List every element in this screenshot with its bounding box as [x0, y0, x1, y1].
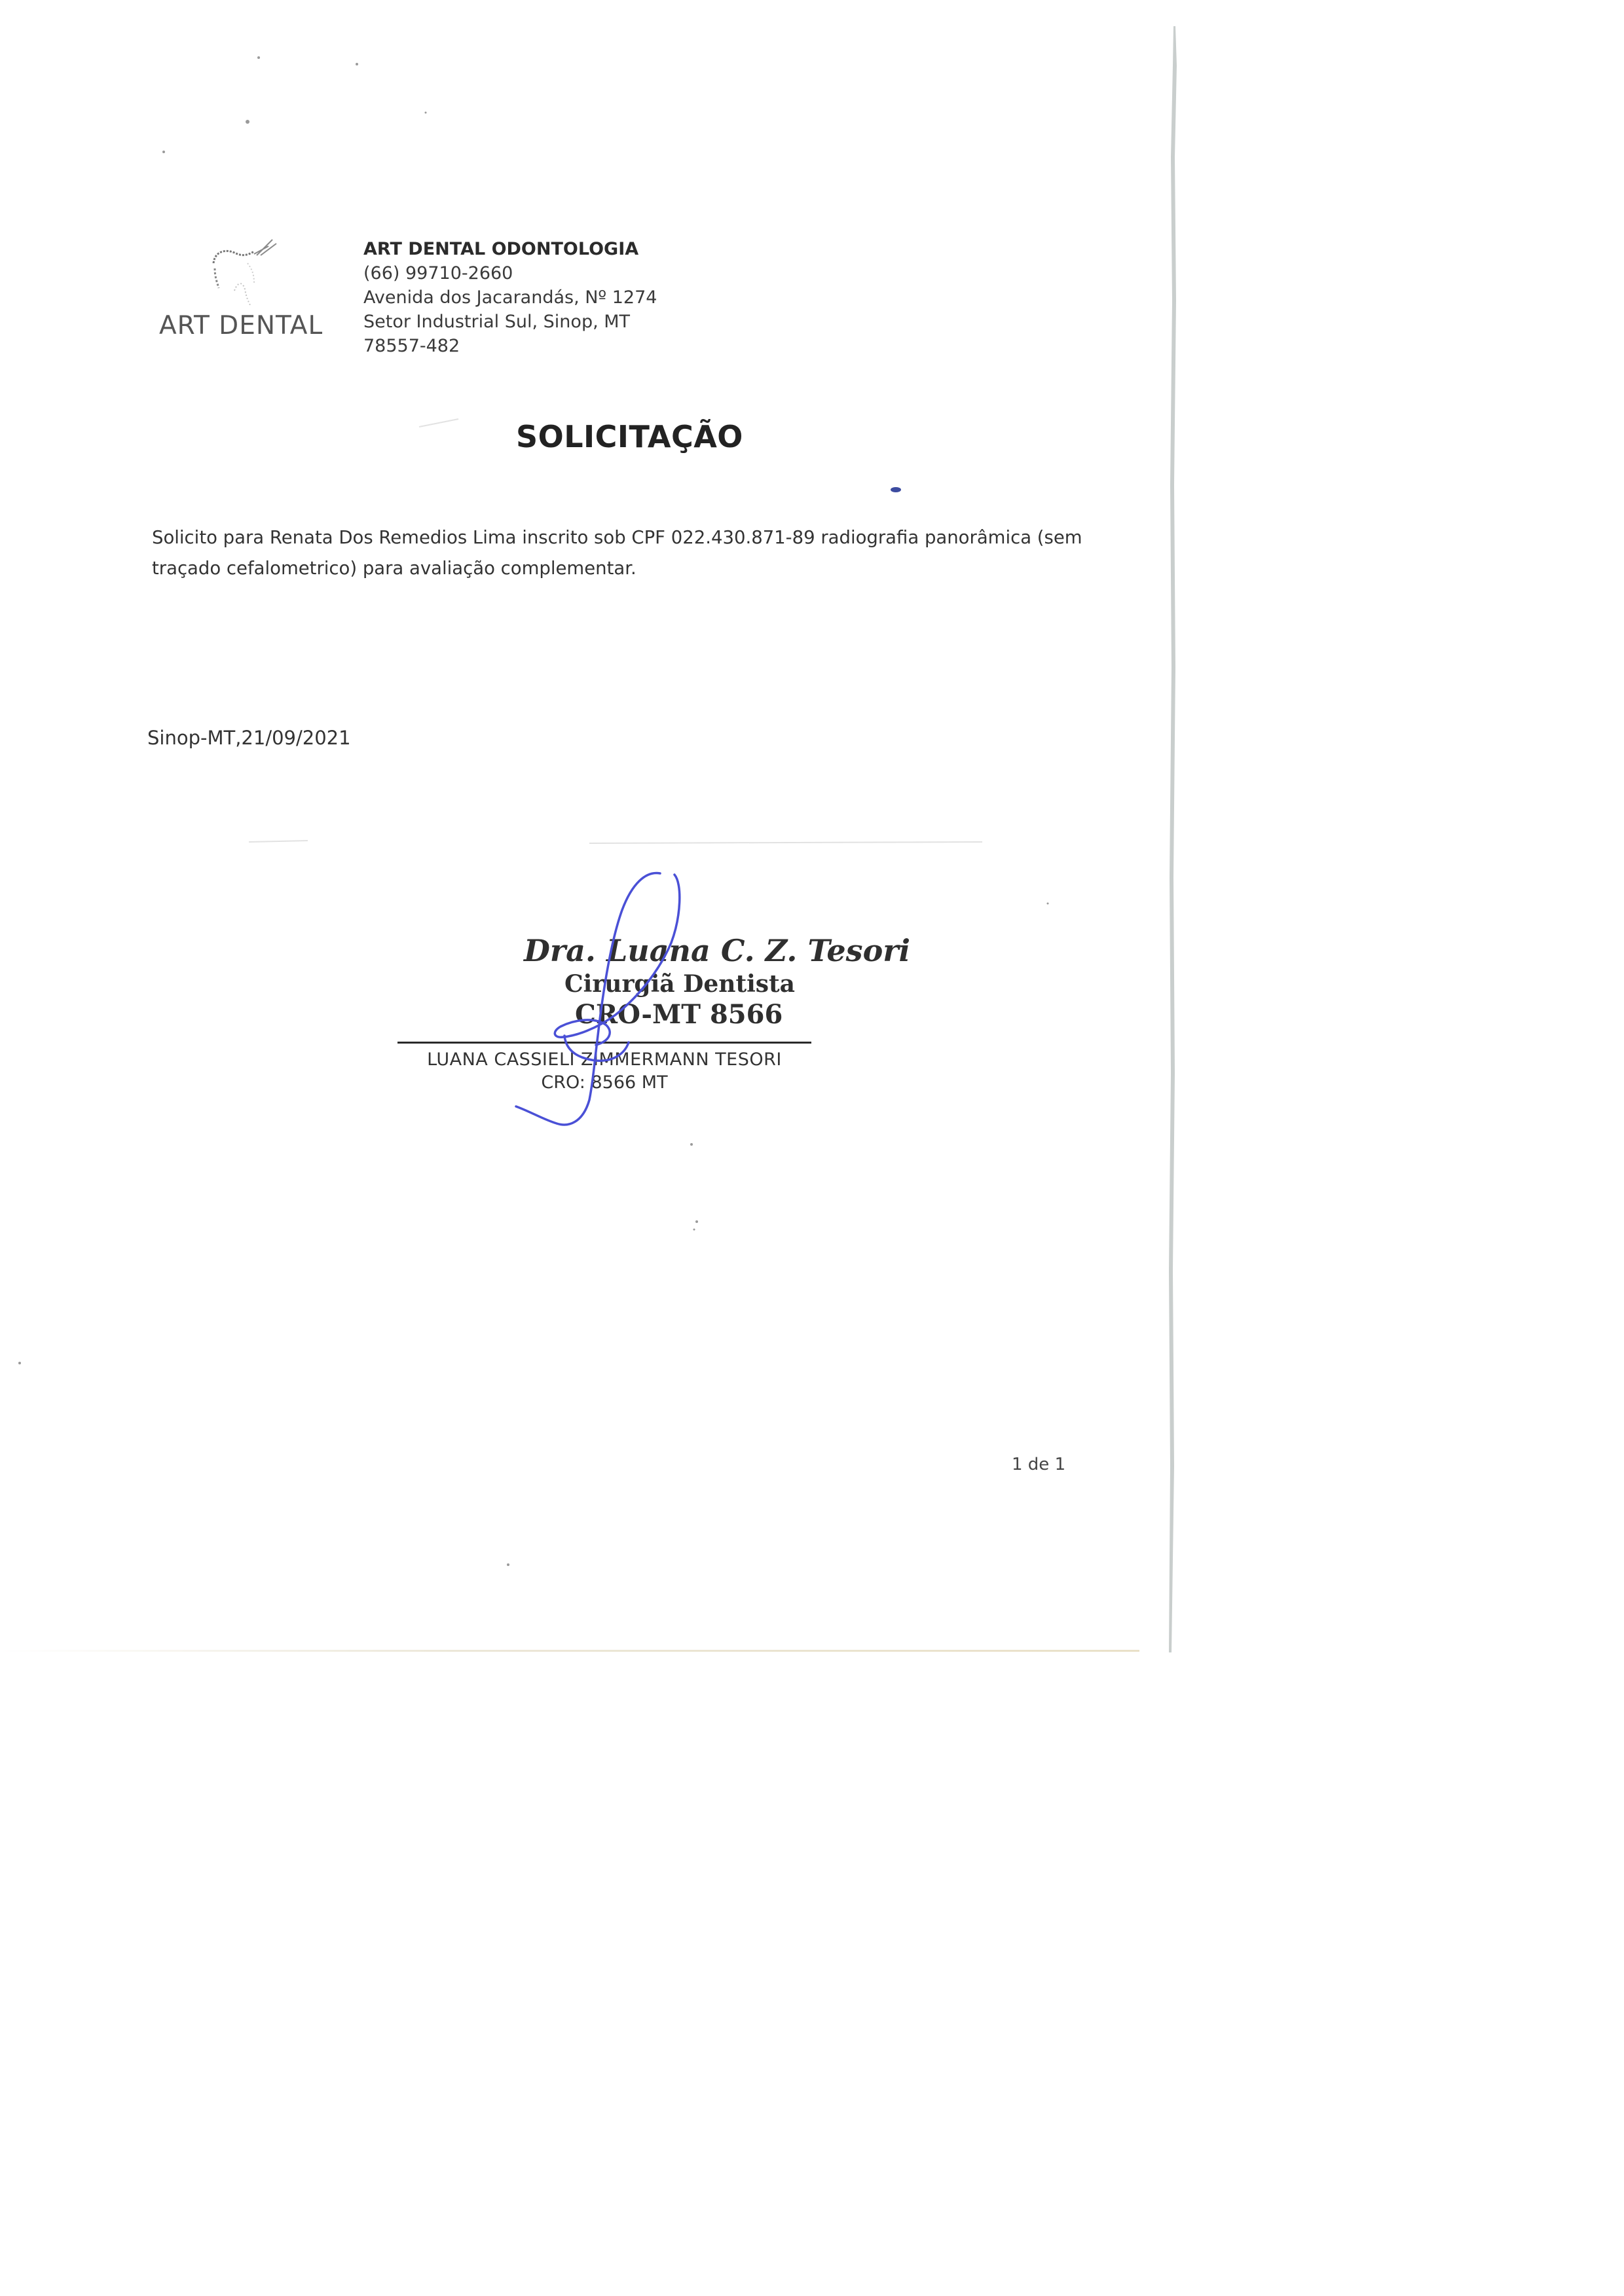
- logo-text: ART DENTAL: [159, 311, 323, 340]
- signer-name: LUANA CASSIELI ZIMMERMANN TESORI: [397, 1049, 811, 1070]
- paper-bottom-edge: [0, 1650, 1139, 1652]
- stamp-registration: CRO-MT 8566: [575, 999, 783, 1030]
- company-info: ART DENTAL ODONTOLOGIA (66) 99710-2660 A…: [363, 237, 657, 358]
- company-address-line1: Avenida dos Jacarandás, Nº 1274: [363, 285, 657, 310]
- place-date: Sinop-MT,21/09/2021: [147, 727, 351, 749]
- paper-right-edge: [1169, 26, 1177, 1652]
- company-name: ART DENTAL ODONTOLOGIA: [363, 237, 657, 261]
- page-indicator: 1 de 1: [1012, 1455, 1065, 1474]
- request-body-line2: traçado cefalometrico) para avaliação co…: [152, 553, 1069, 584]
- company-address-line2: Setor Industrial Sul, Sinop, MT: [363, 310, 657, 334]
- signature-line: [397, 1042, 811, 1044]
- stamp-role: Cirurgiã Dentista: [564, 970, 795, 998]
- company-phone: (66) 99710-2660: [363, 261, 657, 285]
- tooth-icon: [208, 237, 280, 309]
- request-body-line1: Solicito para Renata Dos Remedios Lima i…: [152, 522, 1069, 553]
- request-body: Solicito para Renata Dos Remedios Lima i…: [152, 522, 1069, 584]
- stamp-name: Dra. Luana C. Z. Tesori: [524, 933, 910, 968]
- signer-registration: CRO: 8566 MT: [397, 1072, 811, 1093]
- company-postal-code: 78557-482: [363, 334, 657, 358]
- document-title: SOLICITAÇÃO: [516, 419, 743, 454]
